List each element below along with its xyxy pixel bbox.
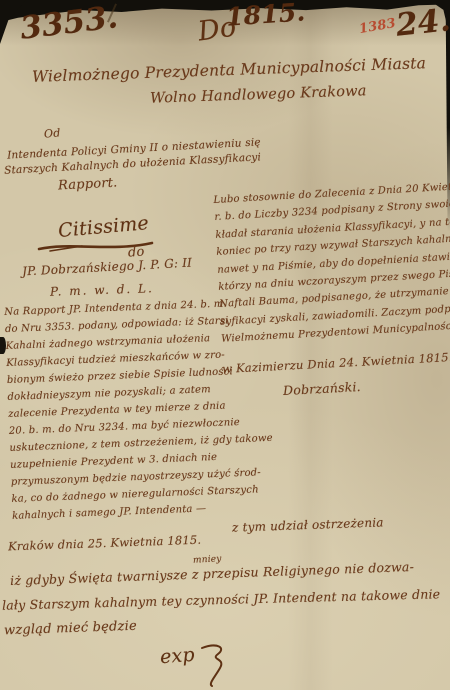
interlinear-insert: mniey — [193, 554, 222, 565]
rapport-label: Rapport. — [58, 175, 118, 193]
manuscript-scan: { "page": { "colors": { "paper": "#d3c7a… — [0, 0, 450, 690]
minute-paragraph: Na Rapport JP. Intendenta z dnia 24. b. … — [4, 294, 276, 525]
paraph-flourish — [196, 642, 232, 688]
subject-od-label: Od — [44, 126, 61, 140]
paraph-text: exp — [159, 644, 195, 668]
registry-year: 1815. — [225, 0, 306, 32]
registry-number-right: 24. — [394, 2, 450, 44]
